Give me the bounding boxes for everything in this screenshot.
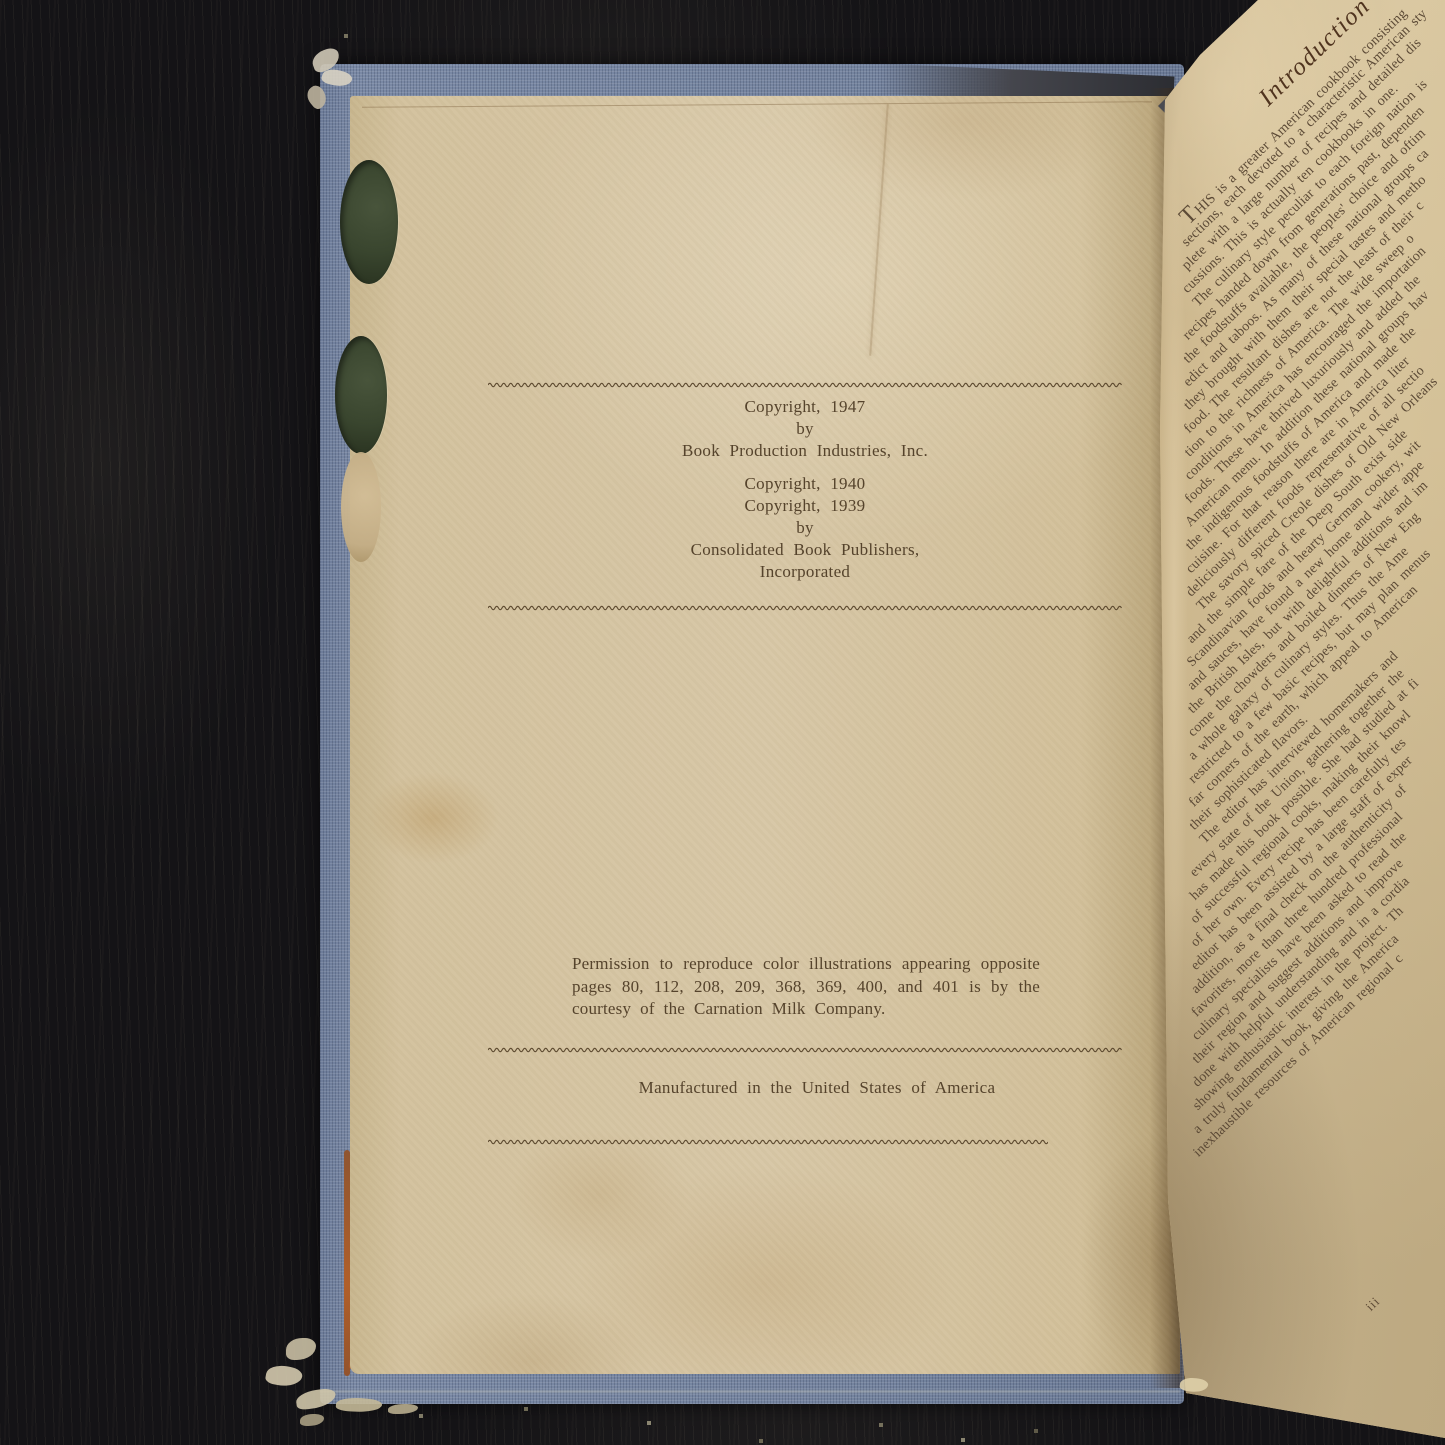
wavy-rule-3	[488, 1040, 1122, 1047]
right-page-introduction: Introduction THIS is a greater American …	[1130, 0, 1445, 1445]
permission-notice: Permission to reproduce color illustrati…	[572, 953, 1040, 1021]
photo-open-book: Copyright, 1947byBook Production Industr…	[0, 0, 1445, 1445]
dust-flecks	[0, 0, 2, 2]
wavy-rule-1	[488, 375, 1122, 382]
copyright-line: Copyright, 1940	[488, 473, 1122, 495]
copyright-block-1940-1939: Copyright, 1940Copyright, 1939byConsolid…	[488, 473, 1122, 583]
copyright-line: by	[488, 418, 1122, 440]
introduction-text-block: Introduction THIS is a greater American …	[1178, 0, 1445, 716]
torn-endpaper-green-spot	[340, 160, 398, 284]
copyright-line: Copyright, 1947	[488, 396, 1122, 418]
copyright-line: Book Production Industries, Inc.	[488, 440, 1122, 462]
wavy-rule-2	[488, 598, 1122, 605]
copyright-line: by	[488, 517, 1122, 539]
introduction-body: THIS is a greater American cookbook cons…	[1178, 0, 1445, 716]
cover-wear-line	[320, 1390, 1180, 1393]
copyright-line: Copyright, 1939	[488, 495, 1122, 517]
left-page: Copyright, 1947byBook Production Industr…	[350, 96, 1180, 1374]
paper-grain	[350, 96, 1180, 1374]
copyright-line: Consolidated Book Publishers,	[488, 539, 1122, 561]
manufactured-notice: Manufactured in the United States of Ame…	[500, 1078, 1134, 1098]
torn-endpaper-green-spot	[335, 336, 387, 454]
copyright-block-1947: Copyright, 1947byBook Production Industr…	[488, 396, 1122, 462]
wavy-rule-4	[488, 1132, 1048, 1139]
copyright-line: Incorporated	[488, 561, 1122, 583]
torn-paper-bulge	[341, 452, 381, 562]
page-number-iii: iii	[1362, 1293, 1383, 1314]
